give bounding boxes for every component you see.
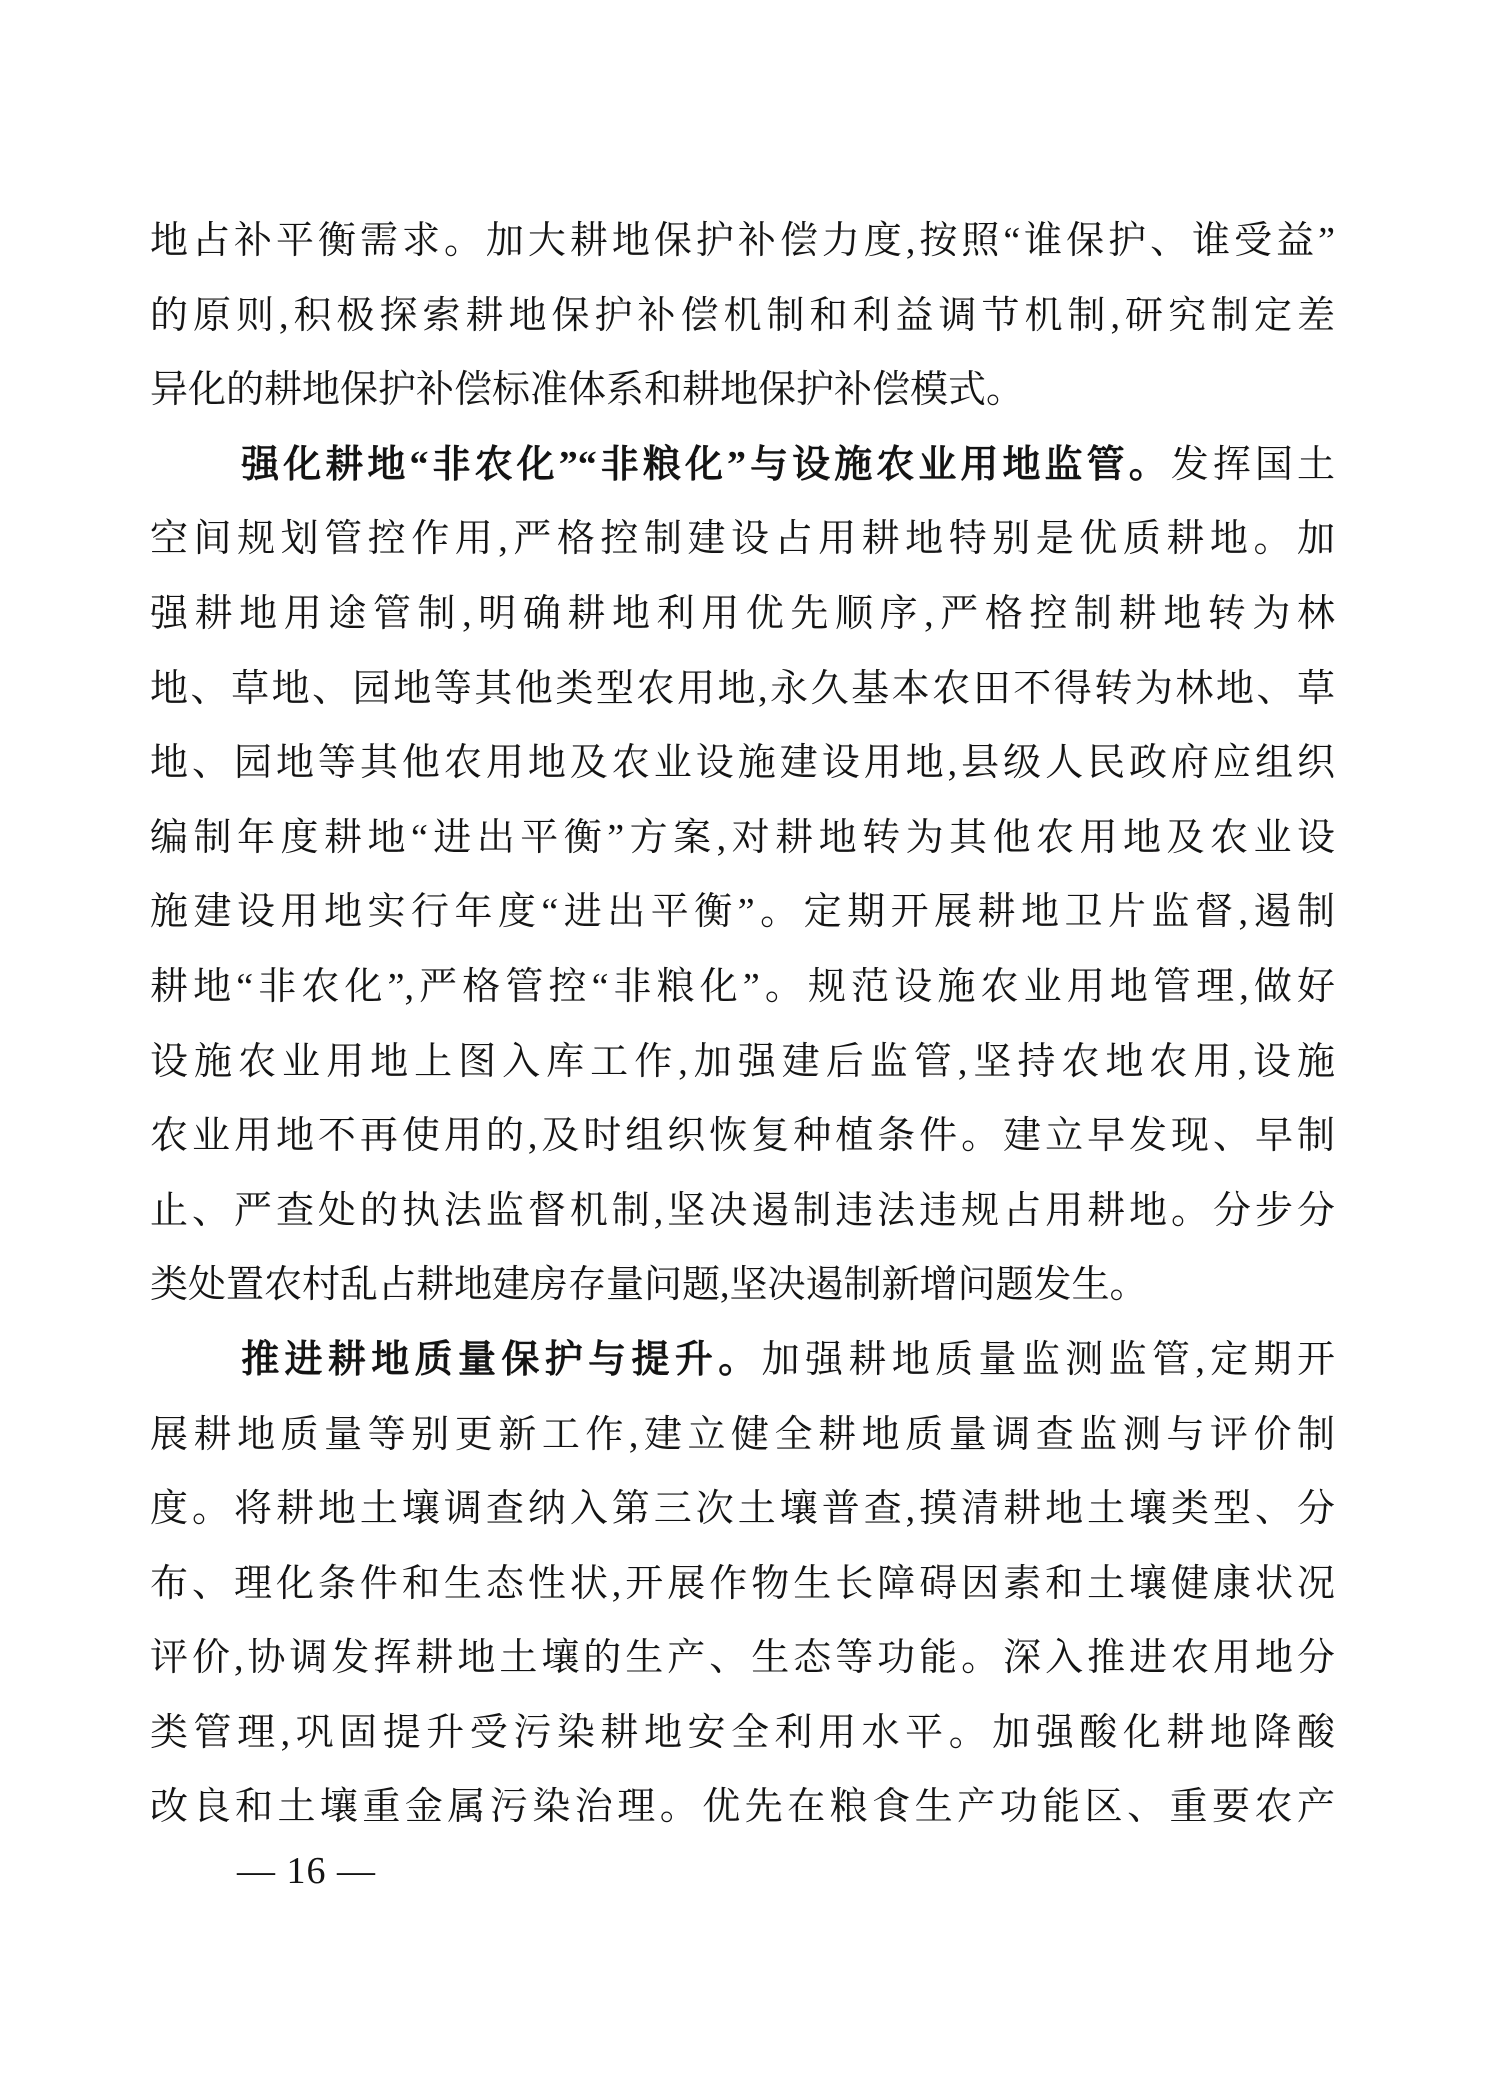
text-line: 施建设用地实行年度“进出平衡”。定期开展耕地卫片监督,遏制 bbox=[150, 875, 1335, 950]
text-line: 农业用地不再使用的,及时组织恢复种植条件。建立早发现、早制 bbox=[150, 1099, 1335, 1174]
section-heading: 强化耕地“非农化”“非粮化”与设施农业用地监管。 bbox=[241, 444, 1171, 486]
text-line: 异化的耕地保护补偿标准体系和耕地保护补偿模式。 bbox=[150, 353, 1335, 428]
text-line: 改良和土壤重金属污染治理。优先在粮食生产功能区、重要农产 bbox=[150, 1770, 1335, 1845]
text-line: 地占补平衡需求。加大耕地保护补偿力度,按照“谁保护、谁受益” bbox=[150, 204, 1335, 279]
text-line: 强耕地用途管制,明确耕地利用优先顺序,严格控制耕地转为林 bbox=[150, 577, 1335, 652]
page-number: — 16 — bbox=[237, 1849, 376, 1893]
text-run: 发挥国土 bbox=[1171, 444, 1335, 486]
text-line: 布、理化条件和生态性状,开展作物生长障碍因素和土壤健康状况 bbox=[150, 1547, 1335, 1622]
section-heading-line: 推进耕地质量保护与提升。加强耕地质量监测监管,定期开 bbox=[150, 1323, 1335, 1398]
section-heading-line: 强化耕地“非农化”“非粮化”与设施农业用地监管。发挥国土 bbox=[150, 428, 1335, 503]
text-line: 评价,协调发挥耕地土壤的生产、生态等功能。深入推进农用地分 bbox=[150, 1621, 1335, 1696]
text-line: 空间规划管控作用,严格控制建设占用耕地特别是优质耕地。加 bbox=[150, 502, 1335, 577]
text-line: 展耕地质量等别更新工作,建立健全耕地质量调查监测与评价制 bbox=[150, 1398, 1335, 1473]
text-line: 设施农业用地上图入库工作,加强建后监管,坚持农地农用,设施 bbox=[150, 1025, 1335, 1100]
text-line: 耕地“非农化”,严格管控“非粮化”。规范设施农业用地管理,做好 bbox=[150, 950, 1335, 1025]
text-line: 度。将耕地土壤调查纳入第三次土壤普查,摸清耕地土壤类型、分 bbox=[150, 1472, 1335, 1547]
document-text-block: 地占补平衡需求。加大耕地保护补偿力度,按照“谁保护、谁受益” 的原则,积极探索耕… bbox=[150, 204, 1335, 1845]
text-line: 编制年度耕地“进出平衡”方案,对耕地转为其他农用地及农业设 bbox=[150, 801, 1335, 876]
text-line: 类处置农村乱占耕地建房存量问题,坚决遏制新增问题发生。 bbox=[150, 1248, 1335, 1323]
text-line: 地、园地等其他农用地及农业设施建设用地,县级人民政府应组织 bbox=[150, 726, 1335, 801]
document-page: 地占补平衡需求。加大耕地保护补偿力度,按照“谁保护、谁受益” 的原则,积极探索耕… bbox=[0, 0, 1485, 2100]
text-run: 加强耕地质量监测监管,定期开 bbox=[762, 1339, 1335, 1381]
text-line: 类管理,巩固提升受污染耕地安全利用水平。加强酸化耕地降酸 bbox=[150, 1696, 1335, 1771]
text-line: 地、草地、园地等其他类型农用地,永久基本农田不得转为林地、草 bbox=[150, 652, 1335, 727]
text-line: 止、严查处的执法监督机制,坚决遏制违法违规占用耕地。分步分 bbox=[150, 1174, 1335, 1249]
section-heading: 推进耕地质量保护与提升。 bbox=[241, 1339, 761, 1381]
text-line: 的原则,积极探索耕地保护补偿机制和利益调节机制,研究制定差 bbox=[150, 279, 1335, 354]
